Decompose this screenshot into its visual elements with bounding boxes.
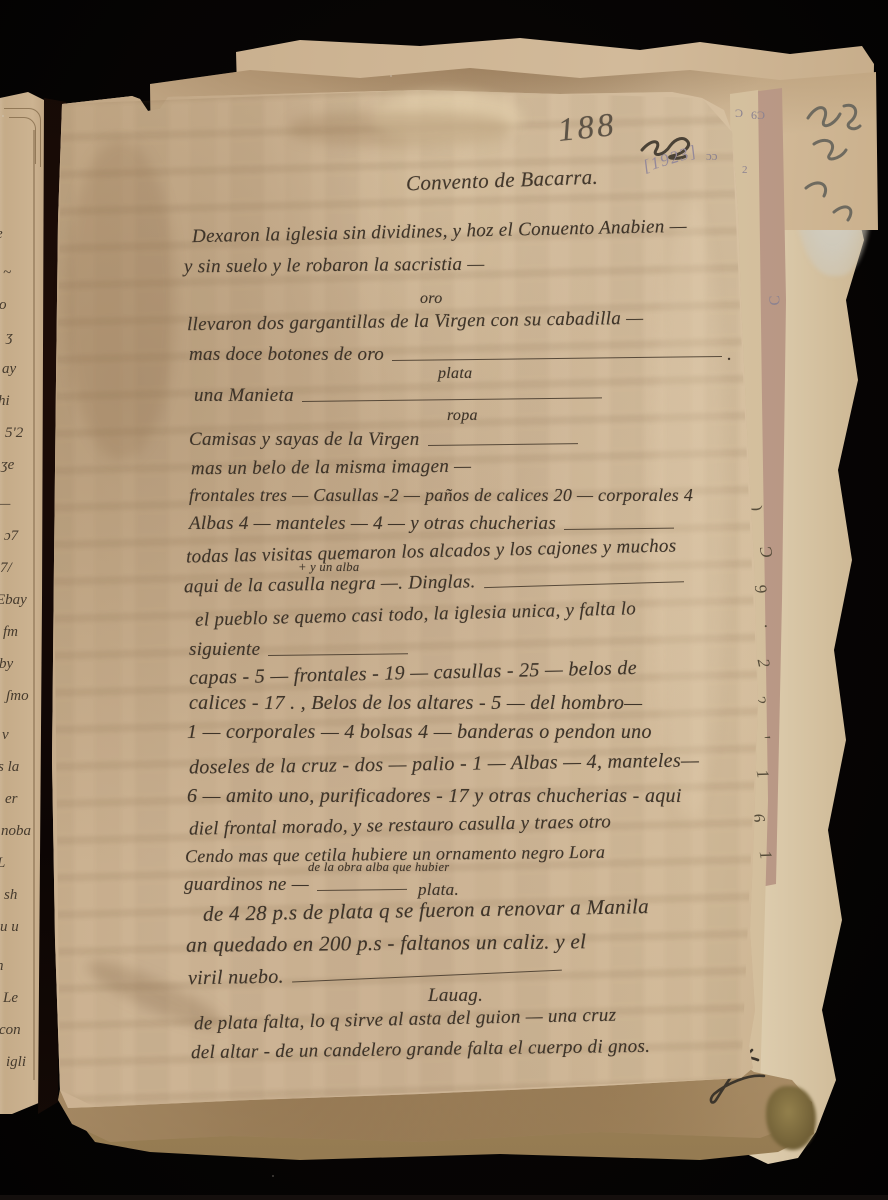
text-fragment: by — [0, 656, 13, 673]
text-fragment: sh — [4, 887, 17, 904]
section-heading-plata: plata — [438, 366, 472, 382]
pencil-mark: Ɔ — [735, 106, 743, 121]
text-fragment: o — [0, 297, 7, 314]
page-corner-outline — [9, 117, 36, 164]
text-fragment: noba — [1, 823, 31, 840]
text-fragment: 5'2 — [5, 425, 23, 442]
manuscript-line: mas un belo de la misma imagen — — [191, 457, 471, 478]
ink-rule — [483, 571, 683, 587]
manuscript-line: calices - 17 . , Belos de los altares - … — [189, 693, 642, 713]
page-number: 188 — [556, 109, 618, 148]
text-fragment: ʒ — [6, 329, 13, 346]
manuscript-line: an quedado en 200 p.s - faltanos un cali… — [186, 931, 586, 955]
paper-stain — [66, 140, 176, 460]
text-fragment: e — [0, 226, 3, 243]
manuscript-line: y sin suelo y le robaron la sacristia — — [184, 255, 485, 277]
text-fragment: L — [0, 855, 5, 872]
text-fragment: igli — [6, 1054, 26, 1071]
ink-rule — [268, 643, 408, 655]
manuscript-line: Albas 4 — manteles — 4 — y otras chucher… — [189, 514, 674, 533]
interlinear-note: de la obra alba que hubier — [308, 861, 449, 874]
manuscript-line: 1 — corporales — 4 bolsas 4 — banderas o… — [187, 722, 652, 742]
ink-scribble-top-right — [800, 96, 866, 246]
left-page-crease — [33, 130, 35, 1080]
text-fragment: v — [2, 727, 9, 744]
text-fragment: hi — [0, 393, 10, 410]
text-fragment: h — [0, 958, 4, 975]
pencil-mark: 6Ɔ — [751, 108, 765, 123]
text-fragment: Ebay — [0, 592, 27, 609]
text-fragment: ʃmo — [6, 688, 29, 705]
ink-rule — [427, 433, 577, 445]
text-fragment: fm — [3, 624, 18, 641]
pencil-mark: ɔɔ — [706, 148, 718, 164]
text-fragment: — — [0, 496, 10, 513]
text-fragment: con — [0, 1022, 21, 1039]
manuscript-line: 6 — amito uno, purificadores - 17 y otra… — [187, 786, 682, 806]
text-fragment: ʒe — [1, 457, 14, 474]
text-fragment: 7/ — [0, 560, 12, 577]
pencil-mark: 2 — [742, 164, 748, 176]
manuscript-line: Camisas y sayas de la Virgen — [189, 430, 578, 449]
paper-stain — [655, 200, 725, 820]
text-fragment: ay — [2, 361, 16, 378]
ink-rule — [317, 878, 407, 890]
pencil-mark: Ɔ — [764, 295, 781, 306]
text-fragment: er — [5, 791, 18, 808]
interlinear-note: + y un alba — [298, 561, 359, 574]
manuscript-line: una Manieta — [194, 386, 602, 405]
manuscript-line: guardinos ne — — [184, 875, 407, 894]
section-heading-oro: oro — [420, 291, 443, 307]
photo-bottom-edge — [0, 1195, 888, 1200]
manuscript-line: frontales tres — Casullas -2 — paños de … — [189, 486, 693, 504]
bottom-corner-stain — [766, 1086, 816, 1150]
manuscript-line: mas doce botones de oro . — [189, 345, 732, 364]
photographed-manuscript-page: e~oʒayhi5'2ʒe—ɔ77/Ebayfmbyʃmovs laernoba… — [0, 0, 888, 1200]
dust-specks — [2, 115, 4, 117]
text-fragment: u u — [0, 919, 19, 936]
section-heading-plata-2: plata. — [418, 881, 459, 898]
ink-rule — [392, 345, 722, 360]
text-fragment: Le — [3, 990, 18, 1007]
ink-rule — [564, 517, 674, 529]
ink-rule — [302, 387, 602, 401]
manuscript-line: siguiente — [189, 640, 408, 659]
section-heading-lauag: Lauag. — [428, 986, 483, 1005]
text-fragment: ~ — [3, 265, 11, 282]
text-fragment: ɔ7 — [4, 528, 18, 545]
text-fragment: s la — [0, 759, 19, 776]
section-heading-ropa: ropa — [447, 408, 478, 424]
paper-stain — [290, 112, 510, 146]
